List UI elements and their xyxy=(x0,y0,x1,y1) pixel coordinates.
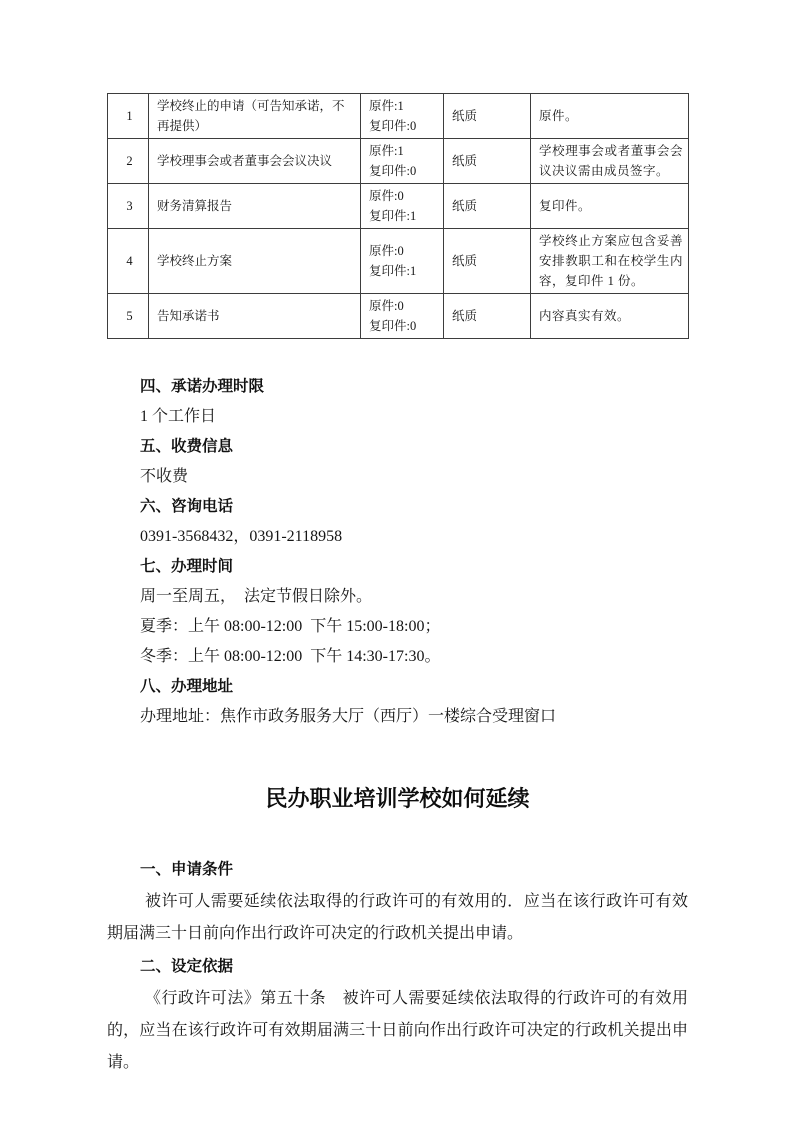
section-line: 办理地址：焦作市政务服务大厅（西厅）一楼综合受理窗口 xyxy=(140,702,688,732)
row-number-cell: 2 xyxy=(108,139,149,184)
section-phone: 六、咨询电话 0391-3568432，0391-2118958 xyxy=(140,492,688,552)
table-row: 3 财务清算报告 原件:0 复印件:1 纸质 复印件。 xyxy=(108,184,689,229)
medium-cell: 纸质 xyxy=(444,184,531,229)
section-line: 不收费 xyxy=(140,462,688,492)
section-line: 1 个工作日 xyxy=(140,402,688,432)
section-address: 八、办理地址 办理地址：焦作市政务服务大厅（西厅）一楼综合受理窗口 xyxy=(140,672,688,732)
material-name-cell: 学校终止方案 xyxy=(149,229,361,294)
section-line: 0391-3568432，0391-2118958 xyxy=(140,522,688,552)
article-section-heading: 二、设定依据 xyxy=(107,951,688,983)
medium-cell: 纸质 xyxy=(444,294,531,339)
remark-cell: 内容真实有效。 xyxy=(531,294,689,339)
article-section-heading: 一、申请条件 xyxy=(107,854,688,886)
article-paragraph: 《行政许可法》第五十条 被许可人需要延续依法取得的行政许可的有效用的，应当在该行… xyxy=(107,983,688,1079)
article-title: 民办职业培训学校如何延续 xyxy=(107,784,688,814)
table-row: 5 告知承诺书 原件:0 复印件:0 纸质 内容真实有效。 xyxy=(108,294,689,339)
copy-count: 复印件:0 xyxy=(369,116,438,136)
original-copy-cell: 原件:1 复印件:0 xyxy=(361,94,444,139)
copy-count: 复印件:1 xyxy=(369,261,438,281)
copy-count: 复印件:1 xyxy=(369,206,438,226)
attachment-materials-table: 1 学校终止的申请（可告知承诺，不再提供） 原件:1 复印件:0 纸质 原件。 … xyxy=(107,93,689,339)
article-body: 一、申请条件 被许可人需要延续依法取得的行政许可的有效用的．应当在该行政许可有效… xyxy=(107,854,688,1079)
article-section-basis: 二、设定依据 《行政许可法》第五十条 被许可人需要延续依法取得的行政许可的有效用… xyxy=(107,951,688,1079)
medium-cell: 纸质 xyxy=(444,94,531,139)
section-fee-info: 五、收费信息 不收费 xyxy=(140,432,688,492)
table-row: 2 学校理事会或者董事会会议决议 原件:1 复印件:0 纸质 学校理事会或者董事… xyxy=(108,139,689,184)
remark-cell: 原件。 xyxy=(531,94,689,139)
original-copy-cell: 原件:0 复印件:1 xyxy=(361,229,444,294)
remark-cell: 复印件。 xyxy=(531,184,689,229)
original-count: 原件:0 xyxy=(369,241,438,261)
copy-count: 复印件:0 xyxy=(369,161,438,181)
section-office-hours: 七、办理时间 周一至周五， 法定节假日除外。 夏季：上午 08:00-12:00… xyxy=(140,552,688,672)
original-copy-cell: 原件:0 复印件:1 xyxy=(361,184,444,229)
table-row: 4 学校终止方案 原件:0 复印件:1 纸质 学校终止方案应包含妥善安排教职工和… xyxy=(108,229,689,294)
row-number-cell: 3 xyxy=(108,184,149,229)
remark-cell: 学校终止方案应包含妥善安排教职工和在校学生内容，复印件 1 份。 xyxy=(531,229,689,294)
section-heading: 四、承诺办理时限 xyxy=(140,372,688,402)
article-section-conditions: 一、申请条件 被许可人需要延续依法取得的行政许可的有效用的．应当在该行政许可有效… xyxy=(107,854,688,950)
section-heading: 五、收费信息 xyxy=(140,432,688,462)
original-count: 原件:1 xyxy=(369,141,438,161)
medium-cell: 纸质 xyxy=(444,139,531,184)
section-time-limit: 四、承诺办理时限 1 个工作日 xyxy=(140,372,688,432)
row-number-cell: 4 xyxy=(108,229,149,294)
row-number-cell: 1 xyxy=(108,94,149,139)
original-count: 原件:0 xyxy=(369,296,438,316)
remark-cell: 学校理事会或者董事会会议决议需由成员签字。 xyxy=(531,139,689,184)
procedure-info-sections: 四、承诺办理时限 1 个工作日 五、收费信息 不收费 六、咨询电话 0391-3… xyxy=(107,372,688,732)
original-count: 原件:0 xyxy=(369,186,438,206)
article-paragraph: 被许可人需要延续依法取得的行政许可的有效用的．应当在该行政许可有效期届满三十日前… xyxy=(107,886,688,950)
material-name-cell: 告知承诺书 xyxy=(149,294,361,339)
copy-count: 复印件:0 xyxy=(369,316,438,336)
material-name-cell: 学校理事会或者董事会会议决议 xyxy=(149,139,361,184)
section-heading: 八、办理地址 xyxy=(140,672,688,702)
material-name-cell: 学校终止的申请（可告知承诺，不再提供） xyxy=(149,94,361,139)
original-copy-cell: 原件:1 复印件:0 xyxy=(361,139,444,184)
section-line: 冬季：上午 08:00-12:00 下午 14:30-17:30。 xyxy=(140,642,688,672)
section-heading: 七、办理时间 xyxy=(140,552,688,582)
document-page: 1 学校终止的申请（可告知承诺，不再提供） 原件:1 复印件:0 纸质 原件。 … xyxy=(0,0,793,1122)
table-row: 1 学校终止的申请（可告知承诺，不再提供） 原件:1 复印件:0 纸质 原件。 xyxy=(108,94,689,139)
row-number-cell: 5 xyxy=(108,294,149,339)
section-heading: 六、咨询电话 xyxy=(140,492,688,522)
original-count: 原件:1 xyxy=(369,96,438,116)
section-line: 周一至周五， 法定节假日除外。 xyxy=(140,582,688,612)
original-copy-cell: 原件:0 复印件:0 xyxy=(361,294,444,339)
material-name-cell: 财务清算报告 xyxy=(149,184,361,229)
medium-cell: 纸质 xyxy=(444,229,531,294)
section-line: 夏季：上午 08:00-12:00 下午 15:00-18:00； xyxy=(140,612,688,642)
